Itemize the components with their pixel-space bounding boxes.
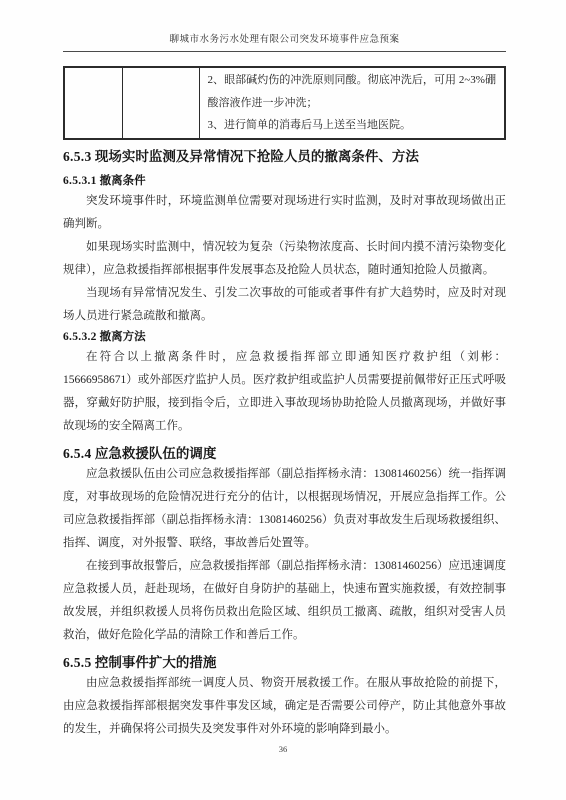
section-heading-653: 6.5.3 现场实时监测及异常情况下抢险人员的撤离条件、方法 bbox=[63, 148, 506, 165]
subsection-heading-6531: 6.5.3.1 撤离条件 bbox=[63, 174, 506, 188]
subsection-heading-6532: 6.5.3.2 撤离方法 bbox=[63, 330, 506, 344]
table-cell-measures: 2、眼部碱灼伤的冲洗原则同酸。彻底冲洗后，可用 2~3%硼酸溶液作进一步冲洗； … bbox=[199, 67, 505, 139]
table-cell-measure-item: 2、眼部碱灼伤的冲洗原则同酸。彻底冲洗后，可用 2~3%硼酸溶液作进一步冲洗； bbox=[208, 69, 497, 114]
subsection-number: 6.5.3.1 bbox=[63, 175, 97, 187]
first-aid-measures-table: 2、眼部碱灼伤的冲洗原则同酸。彻底冲洗后，可用 2~3%硼酸溶液作进一步冲洗； … bbox=[63, 66, 506, 140]
section-number: 6.5.4 bbox=[63, 446, 92, 461]
subsection-number: 6.5.3.2 bbox=[63, 331, 97, 343]
paragraph: 在接到事故报警后，应急救援指挥部（副总指挥杨永清：13081460256）应迅速… bbox=[63, 555, 506, 647]
section-655-body: 由应急救援指挥部统一调度人员、物资开展救援工作。在服从事故抢险的前提下，由应急救… bbox=[63, 672, 506, 741]
section-heading-655: 6.5.5 控制事件扩大的措施 bbox=[63, 654, 506, 672]
section-heading-654: 6.5.4 应急救援队伍的调度 bbox=[63, 445, 506, 463]
subsection-title: 撤离条件 bbox=[100, 175, 146, 187]
page-number: 36 bbox=[0, 744, 566, 754]
section-654-body: 应急救援队伍由公司应急救援指挥部（副总指挥杨永清：13081460256）统一指… bbox=[63, 463, 506, 647]
paragraph: 突发环境事件时，环境监测单位需要对现场进行实时监测，及时对事故现场做出正确判断。 bbox=[63, 190, 506, 236]
paragraph: 由应急救援指挥部统一调度人员、物资开展救援工作。在服从事故抢险的前提下，由应急救… bbox=[63, 672, 506, 741]
section-title: 现场实时监测及异常情况下抢险人员的撤离条件、方法 bbox=[95, 149, 419, 164]
paragraph: 如果现场实时监测中，情况较为复杂（污染物浓度高、长时间内摸不清污染物变化规律），… bbox=[63, 236, 506, 282]
paragraph: 应急救援队伍由公司应急救援指挥部（副总指挥杨永清：13081460256）统一指… bbox=[63, 463, 506, 555]
paragraph: 在符合以上撤离条件时，应急救援指挥部立即通知医疗救护组（刘彬：156669586… bbox=[63, 346, 506, 438]
subsection-title: 撤离方法 bbox=[100, 331, 146, 343]
document-header-title: 聊城市水务污水处理有限公司突发环境事件应急预案 bbox=[63, 34, 506, 52]
section-title: 控制事件扩大的措施 bbox=[95, 655, 217, 670]
table-row: 2、眼部碱灼伤的冲洗原则同酸。彻底冲洗后，可用 2~3%硼酸溶液作进一步冲洗； … bbox=[64, 67, 505, 139]
document-page: 聊城市水务污水处理有限公司突发环境事件应急预案 2、眼部碱灼伤的冲洗原则同酸。彻… bbox=[0, 0, 566, 800]
section-title: 应急救援队伍的调度 bbox=[95, 446, 217, 461]
table-cell-measure-item: 3、进行简单的消毒后马上送至当地医院。 bbox=[208, 114, 497, 137]
subsection-6531-body: 突发环境事件时，环境监测单位需要对现场进行实时监测，及时对事故现场做出正确判断。… bbox=[63, 190, 506, 328]
section-number: 6.5.5 bbox=[63, 655, 92, 670]
section-number: 6.5.3 bbox=[63, 149, 92, 164]
subsection-6532-body: 在符合以上撤离条件时，应急救援指挥部立即通知医疗救护组（刘彬：156669586… bbox=[63, 346, 506, 438]
table-cell-empty-1 bbox=[64, 67, 122, 139]
table-cell-empty-2 bbox=[122, 67, 199, 139]
paragraph: 当现场有异常情况发生、引发二次事故的可能或者事件有扩大趋势时，应及时对现场人员进… bbox=[63, 282, 506, 328]
